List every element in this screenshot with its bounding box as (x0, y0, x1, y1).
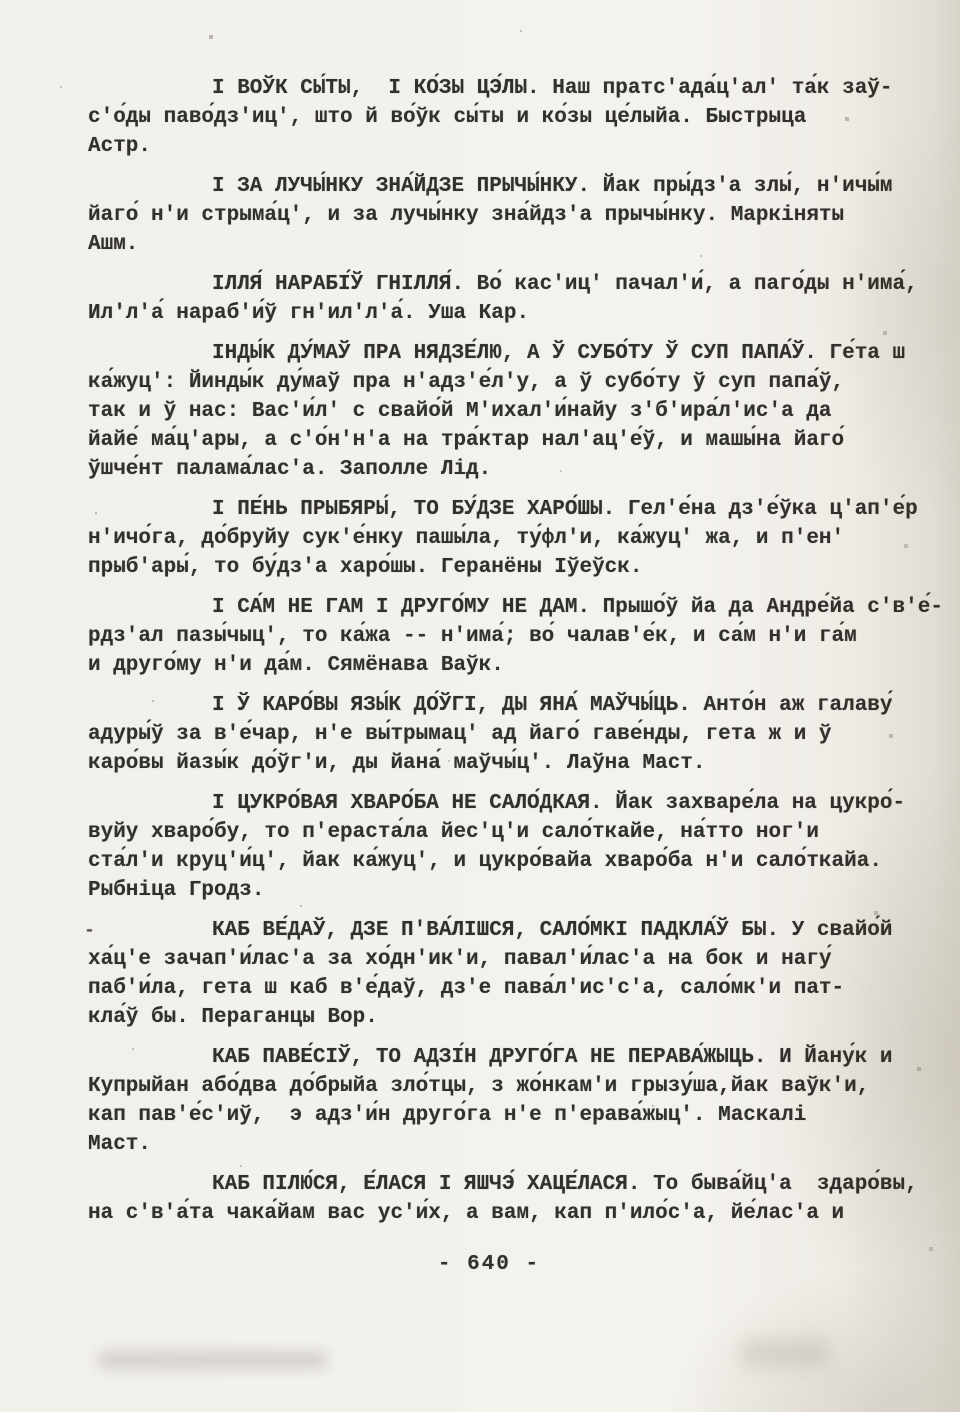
text-line: паб'и́ла, гета ш каб в'е́даў, дз'е пава́… (88, 974, 890, 1003)
text-line: І СА́М НЕ ГАМ І ДРУГО́МУ НЕ ДАМ. Прышо́ў… (88, 593, 890, 622)
text-line: с'о́ды паво́дз'иц', што й во́ўк сы́ты и … (88, 103, 890, 132)
text-line: вуйу хваро́бу, то п'ераста́ла йес'ц'и са… (88, 818, 890, 847)
text-line: кап пав'е́с'иў, э адз'и́н друго́га н'е п… (88, 1101, 890, 1130)
text-line: рдз'ал пазы́чыц', то ка́жа -- н'има́; во… (88, 622, 890, 651)
proverb-entry: І СА́М НЕ ГАМ І ДРУГО́МУ НЕ ДАМ. Прышо́ў… (88, 593, 890, 680)
proverb-entry: КАБ ПІЛЮ́СЯ, Е́ЛАСЯ І ЯШЧЭ́ ХАЦЕ́ЛАСЯ. Т… (88, 1170, 890, 1228)
page-number: - 640 - (88, 1250, 890, 1279)
text-line: и друго́му н'и да́м. Сямёнава Ваўк. (88, 651, 890, 680)
text-block: І ВОЎК СЫ́ТЫ, І КО́ЗЫ ЦЭ́ЛЫ. Наш пратс'а… (88, 74, 890, 1279)
text-line: КАБ ВЕ́ДАЎ, ДЗЕ П'ВА́ЛІШСЯ, САЛО́МКІ ПАД… (88, 916, 890, 945)
text-line: каро́вы йазы́к до́ўг'и, ды йана́ маўчы́ц… (88, 749, 890, 778)
text-line: Астр. (88, 132, 890, 161)
text-line: прыб'ары́, то бу́дз'а харо́шы. Геранёны … (88, 553, 890, 582)
text-line: ІНДЫ́К ДУ́МАЎ ПРА НЯДЗЕ́ЛЮ, А Ў СУБО́ТУ … (88, 339, 890, 368)
ink-specks (0, 0, 2, 2)
ink-smudge (98, 1352, 328, 1368)
text-line: І Ў КАРО́ВЫ ЯЗЫ́К ДО́ЎГІ, ДЫ ЯНА́ МАЎЧЫ́… (88, 691, 890, 720)
text-line: йайе́ ма́ц'ары, а с'о́н'н'а на тра́ктар … (88, 426, 890, 455)
text-line: так и ў нас: Вас'и́л' с свайо́й М'ихал'и… (88, 397, 890, 426)
text-line: КАБ ПАВЕ́СІЎ, ТО АДЗІ́Н ДРУГО́ГА НЕ ПЕРА… (88, 1043, 890, 1072)
text-line: йаго́ н'и стрыма́ц', и за лучы́нку зна́й… (88, 201, 890, 230)
proverb-entry: - КАБ ВЕ́ДАЎ, ДЗЕ П'ВА́ЛІШСЯ, САЛО́МКІ П… (88, 916, 890, 1032)
text-line: адуры́ў за в'е́чар, н'е вы́трымац' ад йа… (88, 720, 890, 749)
text-line: Купрыйан або́два до́брыйа зло́тцы, з жо́… (88, 1072, 890, 1101)
text-line: Ашм. (88, 230, 890, 259)
text-line: ка́жуц': Йинды́к ду́маў пра н'адз'е́л'у,… (88, 368, 890, 397)
text-line: КАБ ПІЛЮ́СЯ, Е́ЛАСЯ І ЯШЧЭ́ ХАЦЕ́ЛАСЯ. Т… (88, 1170, 890, 1199)
ink-smudge (740, 1340, 830, 1366)
text-line: ІЛЛЯ́ НАРАБІ́Ў ГНІЛЛЯ́. Во́ кас'иц' пача… (88, 270, 890, 299)
text-line: І ВОЎК СЫ́ТЫ, І КО́ЗЫ ЦЭ́ЛЫ. Наш пратс'а… (88, 74, 890, 103)
text-line: ўшче́нт палама́лас'а. Заполле Лід. (88, 455, 890, 484)
proverb-entry: І ПЕ́НЬ ПРЫБЯРЫ́, ТО БУ́ДЗЕ ХАРО́ШЫ. Гел… (88, 495, 890, 582)
text-line: кла́ў бы. Пераганцы Вор. (88, 1003, 890, 1032)
text-line: ха́ц'е зачап'и́лас'а за хо́дн'ик'и, пава… (88, 945, 890, 974)
proverb-entry: І Ў КАРО́ВЫ ЯЗЫ́К ДО́ЎГІ, ДЫ ЯНА́ МАЎЧЫ́… (88, 691, 890, 778)
text-line: ста́л'и круц'и́ц', йак ка́жуц', и цукро́… (88, 847, 890, 876)
text-line: І ПЕ́НЬ ПРЫБЯРЫ́, ТО БУ́ДЗЕ ХАРО́ШЫ. Гел… (88, 495, 890, 524)
text-line: І ЦУКРО́ВАЯ ХВАРО́БА НЕ САЛО́ДКАЯ. Йак з… (88, 789, 890, 818)
scanned-page: І ВОЎК СЫ́ТЫ, І КО́ЗЫ ЦЭ́ЛЫ. Наш пратс'а… (0, 0, 960, 1412)
text-line: Рыбніца Гродз. (88, 876, 890, 905)
proverb-entry: ІНДЫ́К ДУ́МАЎ ПРА НЯДЗЕ́ЛЮ, А Ў СУБО́ТУ … (88, 339, 890, 484)
margin-mark: - (84, 917, 95, 946)
text-line: Ил'л'а́ нараб'и́ў гн'ил'л'а́. Уша Кар. (88, 299, 890, 328)
proverb-entry: ІЛЛЯ́ НАРАБІ́Ў ГНІЛЛЯ́. Во́ кас'иц' пача… (88, 270, 890, 328)
proverb-entry: І ЗА ЛУЧЫ́НКУ ЗНА́ЙДЗЕ ПРЫЧЫ́НКУ. Йак пр… (88, 172, 890, 259)
proverb-entry: КАБ ПАВЕ́СІЎ, ТО АДЗІ́Н ДРУГО́ГА НЕ ПЕРА… (88, 1043, 890, 1159)
proverb-entry: І ВОЎК СЫ́ТЫ, І КО́ЗЫ ЦЭ́ЛЫ. Наш пратс'а… (88, 74, 890, 161)
text-line: н'ичо́га, до́бруйу сук'е́нку пашы́ла, ту… (88, 524, 890, 553)
proverb-entry: І ЦУКРО́ВАЯ ХВАРО́БА НЕ САЛО́ДКАЯ. Йак з… (88, 789, 890, 905)
text-line: на с'в'а́та чака́йам вас ус'и́х, а вам, … (88, 1199, 890, 1228)
text-line: І ЗА ЛУЧЫ́НКУ ЗНА́ЙДЗЕ ПРЫЧЫ́НКУ. Йак пр… (88, 172, 890, 201)
text-line: Маст. (88, 1130, 890, 1159)
